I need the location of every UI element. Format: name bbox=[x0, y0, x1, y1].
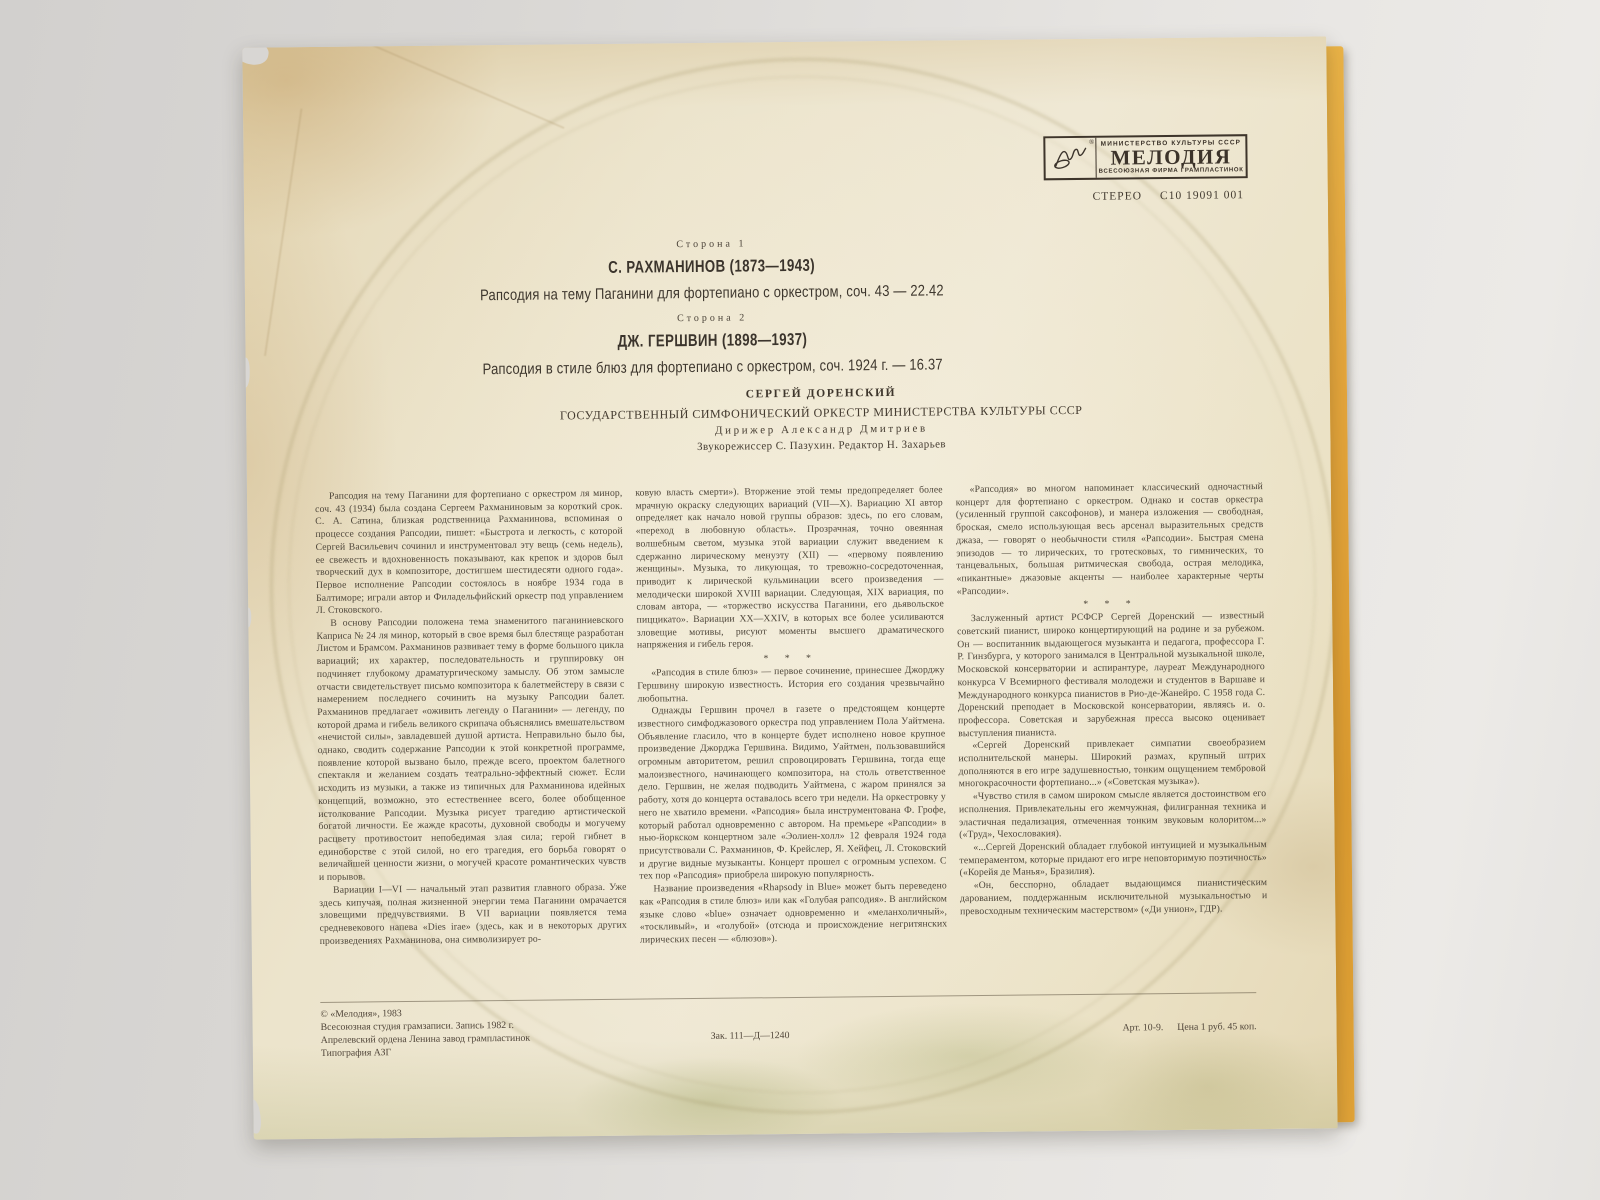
liner-notes-paragraph: ковую власть смерти»). Вторжение этой те… bbox=[635, 484, 944, 652]
liner-notes-column-1: Рапсодия на тему Паганини для фортепиано… bbox=[315, 488, 628, 1003]
liner-notes-paragraph: Заслуженный артист РСФСР Сергей Доренски… bbox=[957, 610, 1266, 740]
stereo-label: СТЕРЕО bbox=[1092, 190, 1142, 203]
melodiya-logo: ® МИНИСТЕРСТВО КУЛЬТУРЫ СССР МЕЛОДИЯ ВСЕ… bbox=[1043, 134, 1247, 180]
plant-line: Апрелевский ордена Ленина завод грамплас… bbox=[321, 1032, 531, 1047]
firm-line: ВСЕСОЮЗНАЯ ФИРМА ГРАМПЛАСТИНОК bbox=[1099, 167, 1244, 176]
edge-wear-chip bbox=[242, 358, 250, 388]
liner-notes-paragraph: «Сергей Доренский привлекает симпатии св… bbox=[958, 737, 1266, 791]
price-block: Арт. 10-9.Цена 1 руб. 45 коп. bbox=[1109, 1021, 1257, 1034]
liner-notes-paragraph: В основу Рапсодии положена тема знаменит… bbox=[316, 615, 626, 885]
tracklist: Сторона 1 С. РАХМАНИНОВ (1873—1943) Рапс… bbox=[242, 38, 1176, 48]
liner-notes-paragraph: Название произведения «Rhapsody in Blue»… bbox=[639, 880, 947, 947]
edge-wear-chip bbox=[244, 608, 251, 628]
article-number: Арт. 10-9. bbox=[1123, 1022, 1164, 1033]
liner-notes-paragraph: «Чувство стиля в самом широком смысле яв… bbox=[959, 788, 1267, 842]
catalog-number: С10 19091 001 bbox=[1160, 189, 1244, 202]
melodiya-emblem-icon: ® bbox=[1045, 138, 1096, 179]
edge-wear-chip bbox=[246, 1099, 263, 1134]
liner-notes-paragraph: «Рапсодия» во многом напоминает классиче… bbox=[956, 481, 1265, 599]
publisher-block: © «Мелодия», 1983 Всесоюзная студия грам… bbox=[320, 1006, 530, 1060]
catalog-number-line: СТЕРЕОС10 19091 001 bbox=[1092, 189, 1243, 203]
liner-notes-paragraph: Вариации I—VI — начальный этап развития … bbox=[319, 882, 627, 949]
price: Цена 1 руб. 45 коп. bbox=[1177, 1021, 1256, 1033]
liner-notes-paragraph: Рапсодия на тему Паганини для фортепиано… bbox=[315, 488, 624, 618]
credits: СЕРГЕЙ ДОРЕНСКИЙ ГОСУДАРСТВЕННЫЙ СИМФОНИ… bbox=[308, 36, 1326, 47]
liner-notes-paragraph: «...Сергей Доренский обладает глубокой и… bbox=[959, 839, 1267, 880]
liner-notes-column-3: «Рапсодия» во многом напоминает классиче… bbox=[956, 481, 1269, 996]
order-number: Зак. 111—Д—1240 bbox=[711, 1030, 790, 1042]
liner-notes-paragraph: «Рапсодия в стиле блюз» — первое сочинен… bbox=[637, 665, 945, 706]
sleeve-back-cover: ® МИНИСТЕРСТВО КУЛЬТУРЫ СССР МЕЛОДИЯ ВСЕ… bbox=[242, 36, 1337, 1139]
photo-backdrop: ® МИНИСТЕРСТВО КУЛЬТУРЫ СССР МЕЛОДИЯ ВСЕ… bbox=[0, 0, 1600, 1200]
liner-notes-paragraph: «Он, бесспорно, обладает выдающимся пиан… bbox=[960, 877, 1268, 918]
liner-notes: Рапсодия на тему Паганини для фортепиано… bbox=[315, 481, 1268, 1003]
registered-trademark: ® bbox=[1089, 139, 1094, 146]
brand-name: МЕЛОДИЯ bbox=[1098, 146, 1243, 169]
printer-line: Типография АЗГ bbox=[321, 1045, 531, 1060]
footer: © «Мелодия», 1983 Всесоюзная студия грам… bbox=[320, 992, 1257, 1083]
liner-notes-column-2: ковую власть смерти»). Вторжение этой те… bbox=[635, 484, 948, 999]
liner-notes-paragraph: Однажды Гершвин прочел в газете о предст… bbox=[638, 703, 947, 884]
paper-crease bbox=[371, 44, 565, 129]
melodiya-logo-text: МИНИСТЕРСТВО КУЛЬТУРЫ СССР МЕЛОДИЯ ВСЕСО… bbox=[1096, 136, 1245, 178]
record-sleeve: ® МИНИСТЕРСТВО КУЛЬТУРЫ СССР МЕЛОДИЯ ВСЕ… bbox=[242, 36, 1337, 1139]
worn-corner bbox=[242, 40, 270, 67]
